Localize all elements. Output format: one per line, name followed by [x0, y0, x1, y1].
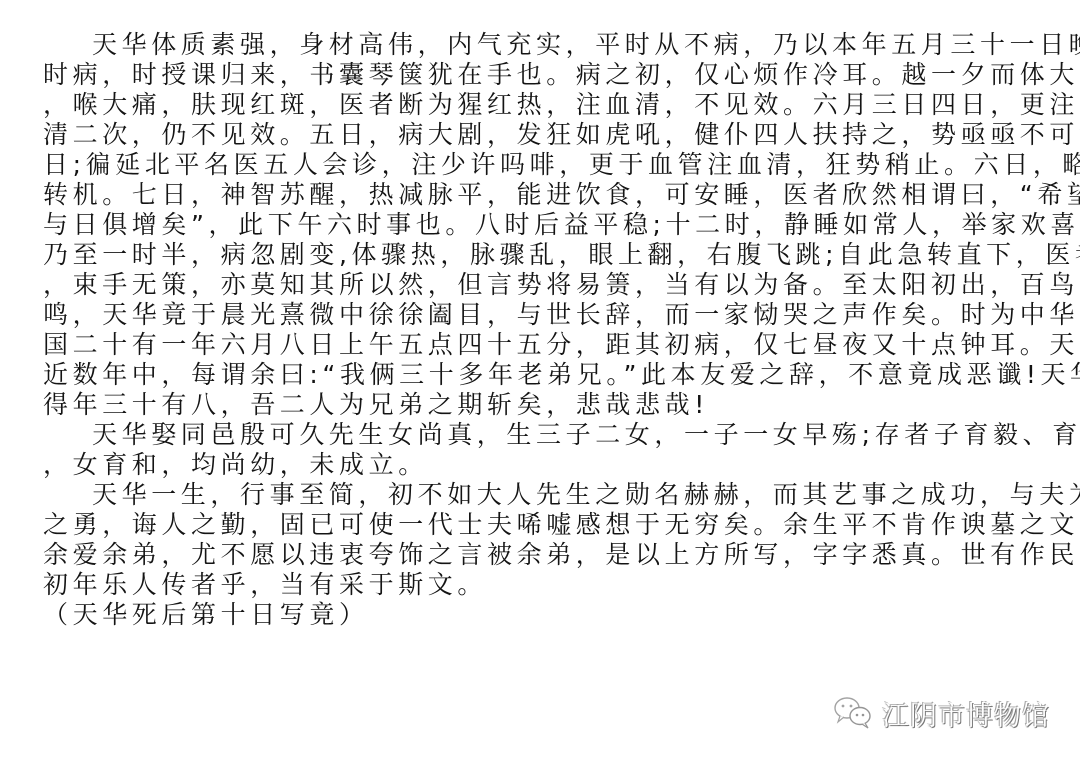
document-page: 天华体质素强，身材高伟，内气充实，平时从不病，乃以本年五月三十一日晚七 时病，时…: [0, 0, 1080, 763]
text-line: 转机。七日，神智苏醒，热减脉平，能进饮食，可安睡，医者欣然相谓曰，“希望: [43, 180, 1080, 210]
watermark: 江阴市博物馆: [832, 693, 1050, 733]
text-line: （天华死后第十日写竟）: [43, 600, 369, 630]
text-line: 初年乐人传者乎，当有采于斯文。: [43, 570, 487, 600]
text-line: 得年三十有八，吾二人为兄弟之期斩矣，悲哉悲哉!: [43, 390, 709, 420]
text-line: 乃至一时半，病忽剧变,体骤热，脉骤乱，眼上翻，右腹飞跳;自此急转直下，医者来: [43, 240, 1080, 270]
text-line: 余爱余弟，尤不愿以违衷夸饰之言被余弟，是以上方所写，字字悉真。世有作民国: [43, 540, 1080, 570]
text-line: ，束手无策，亦莫知其所以然，但言势将易箦，当有以为备。至太阳初出，百鸟方: [43, 270, 1080, 300]
text-line: 天华体质素强，身材高伟，内气充实，平时从不病，乃以本年五月三十一日晚七: [92, 30, 1080, 60]
watermark-text: 江阴市博物馆: [882, 694, 1050, 733]
text-line: 近数年中，每谓余曰:“我俩三十多年老弟兄。”此本友爱之辞，不意竟成恶谶!天华: [43, 360, 1080, 390]
text-line: 鸣，天华竟于晨光熹微中徐徐阖目，与世长辞，而一家恸哭之声作矣。时为中华民: [43, 300, 1080, 330]
text-line: ，喉大痛，肤现红斑，医者断为猩红热，注血清，不见效。六月三日四日，更注血: [43, 90, 1080, 120]
text-line: 天华一生，行事至简，初不如大人先生之勋名赫赫，而其艺事之成功，与夫为学: [92, 480, 1080, 510]
text-line: 日;徧延北平名医五人会诊，注少许吗啡，更于血管注血清，狂势稍止。六日，略有: [43, 150, 1080, 180]
text-line: ，女育和，均尚幼，未成立。: [43, 450, 428, 480]
text-line: 时病，时授课归来，书囊琴箧犹在手也。病之初，仅心烦作冷耳。越一夕而体大热: [43, 60, 1080, 90]
text-line: 之勇，诲人之勤，固已可使一代士夫唏嘘感想于无穷矣。余生平不肯作谀墓之文，: [43, 510, 1080, 540]
text-line: 清二次，仍不见效。五日，病大剧，发狂如虎吼，健仆四人扶持之，势亟亟不可终: [43, 120, 1080, 150]
text-line: 与日俱增矣”，此下午六时事也。八时后益平稳;十二时，静睡如常人，举家欢喜。: [43, 210, 1080, 240]
text-line: 天华娶同邑殷可久先生女尚真，生三子二女，一子一女早殇;存者子育毅、育京: [92, 420, 1080, 450]
text-line: 国二十有一年六月八日上午五点四十五分，距其初病，仅七昼夜又十点钟耳。天华: [43, 330, 1080, 360]
wechat-icon: [832, 695, 876, 731]
